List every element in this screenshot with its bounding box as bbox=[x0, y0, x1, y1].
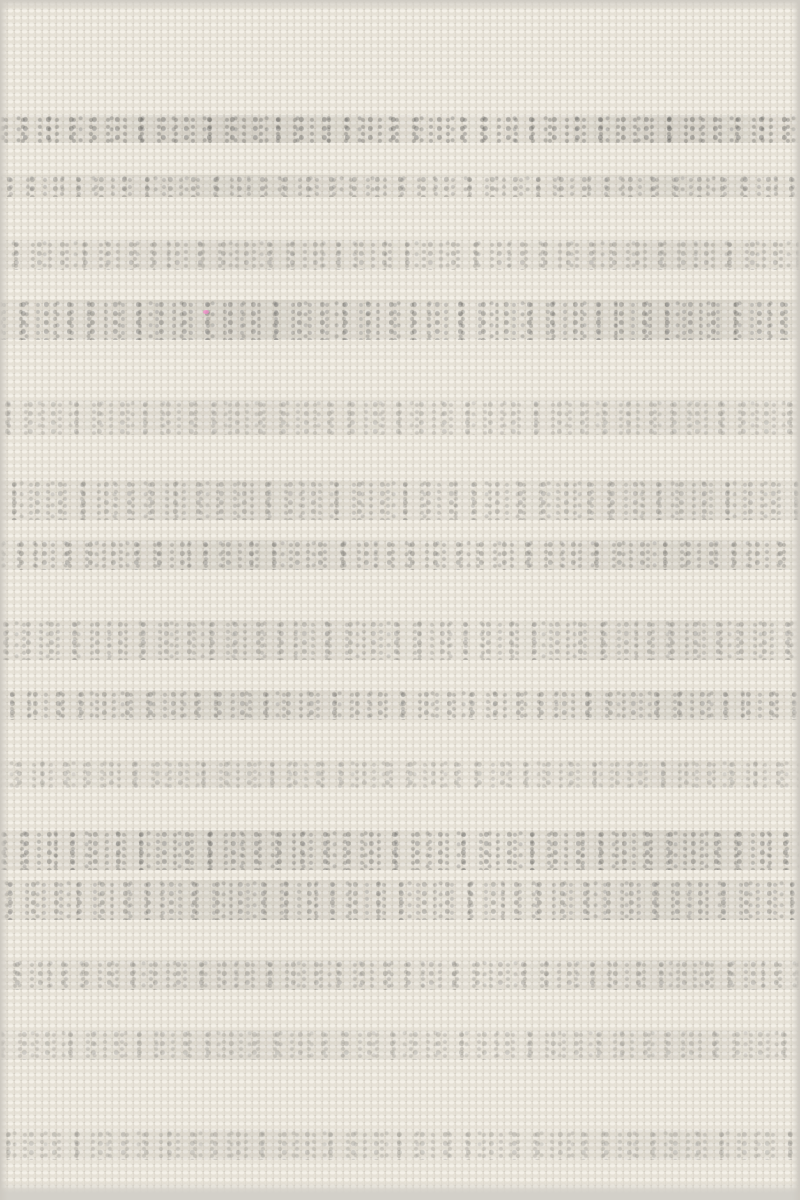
heather-band bbox=[0, 540, 800, 570]
heather-band bbox=[0, 1130, 800, 1160]
heather-band bbox=[0, 175, 800, 197]
heather-band bbox=[0, 300, 800, 340]
heather-band bbox=[0, 400, 800, 435]
rug-right-edge bbox=[792, 0, 800, 1200]
heather-band bbox=[0, 115, 800, 143]
rug-top-edge bbox=[0, 0, 800, 10]
heather-band bbox=[0, 960, 800, 990]
rug-photo bbox=[0, 0, 800, 1200]
heather-band bbox=[0, 1030, 800, 1060]
heather-band bbox=[0, 620, 800, 660]
heather-band bbox=[0, 240, 800, 270]
heather-band bbox=[0, 830, 800, 870]
rug-bottom-edge bbox=[0, 1182, 800, 1200]
heather-band bbox=[0, 760, 800, 788]
rug-left-edge bbox=[0, 0, 8, 1200]
heather-band bbox=[0, 690, 800, 720]
heather-band bbox=[0, 880, 800, 920]
heather-band bbox=[0, 480, 800, 520]
pink-fiber-fleck bbox=[203, 310, 209, 314]
